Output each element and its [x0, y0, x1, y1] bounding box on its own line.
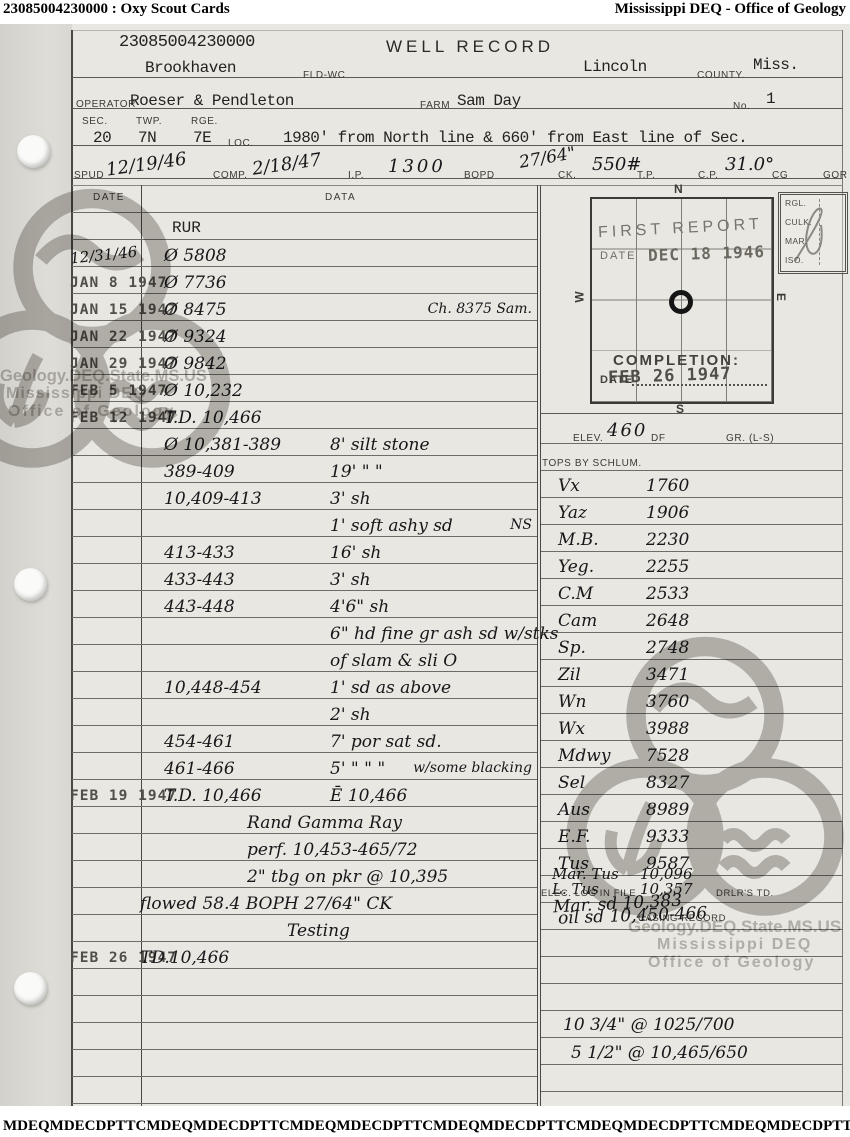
- gor-label: GOR: [823, 170, 848, 181]
- log-date-stamp: JAN 22 1947: [70, 329, 177, 345]
- log-depth-text: T.D. 10,466: [164, 408, 262, 428]
- comp-value: 2/18/47: [251, 149, 323, 179]
- cp-value: 31.0°: [725, 154, 774, 175]
- log-description-text: 1' soft ashy sd: [330, 516, 453, 536]
- log-depth-text: Ø 9842: [164, 354, 227, 374]
- log-date-handwritten: 12/31/46: [69, 243, 138, 268]
- comp-label: COMP.: [213, 170, 248, 181]
- first-report-date-label: DATE: [600, 250, 637, 262]
- formation-depth: 9333: [646, 827, 689, 847]
- footer-item: PTTC: [106, 1118, 146, 1137]
- log-row: of slam & sli O: [72, 645, 537, 672]
- tp-label: T.P.: [637, 170, 655, 181]
- county-label: COUNTY.: [697, 70, 745, 81]
- log-description-text: Rand Gamma Ray: [247, 813, 402, 833]
- footer-item: MDEQ: [433, 1118, 480, 1137]
- log-description-text: 3' sh: [330, 570, 371, 590]
- log-depth-text: flowed 58.4 BOPH 27/64" CK: [140, 894, 392, 914]
- footer-item: PTTC: [393, 1118, 433, 1137]
- log-depth-text: 433-443: [164, 570, 235, 590]
- log-depth-text: 389-409: [164, 462, 235, 482]
- tops-header: TOPS BY SCHLUM.: [542, 458, 642, 469]
- footer-item: PTTC: [536, 1118, 576, 1137]
- formation-name: Mdwy: [558, 746, 610, 766]
- compass-east-label: E: [774, 293, 788, 301]
- cp-label: C.P.: [698, 170, 719, 181]
- formation-name: Zil: [558, 665, 581, 685]
- log-depth-text: Ø 5808: [164, 246, 227, 266]
- log-row: FEB 26 1947TD.10,466: [72, 942, 537, 969]
- log-row: 12/31/46Ø 5808: [72, 240, 537, 267]
- footer-item: MDEQ: [290, 1118, 337, 1137]
- drlrs-td-label: DRLR'S TD.: [716, 888, 774, 899]
- operator-label: OPERATOR: [76, 99, 136, 110]
- rge-label: RGE.: [191, 116, 218, 127]
- log-depth-text: 443-448: [164, 597, 235, 617]
- log-date-stamp: JAN 15 1947: [70, 302, 177, 318]
- log-description-text: 2' sh: [330, 705, 371, 725]
- log-description-text: 16' sh: [330, 543, 381, 563]
- footer-item: MDECD: [50, 1118, 107, 1137]
- elev-df-label: DF: [651, 433, 666, 444]
- log-description-text: Ē 10,466: [330, 786, 407, 806]
- formation-name: Yaz: [558, 503, 587, 523]
- log-row: 2" tbg on pkr @ 10,395: [72, 861, 537, 888]
- formation-depth: 7528: [646, 746, 689, 766]
- field-name-value: Brookhaven: [145, 59, 236, 77]
- formation-top-row: Vx1760: [540, 470, 843, 497]
- loc-label: LOC.: [228, 138, 254, 149]
- formation-top-row: Wn3760: [540, 686, 843, 713]
- formation-name: Aus: [558, 800, 590, 820]
- log-row: FEB 19 1947T.D. 10,466Ē 10,466: [72, 780, 537, 807]
- log-description-text: 4'6" sh: [330, 597, 389, 617]
- log-depth-text: 413-433: [164, 543, 235, 563]
- checklist-stamp-box: RGL.CULK.MAR.ISO.: [778, 192, 848, 274]
- footer-item: MDEQ: [720, 1118, 767, 1137]
- elev-value: 460: [607, 420, 647, 441]
- log-row: 6" hd fine gr ash sd w/stks: [72, 618, 537, 645]
- log-row: perf. 10,453-465/72: [72, 834, 537, 861]
- log-description-text: 8' silt stone: [330, 435, 430, 455]
- formation-top-row: Wx3988: [540, 713, 843, 740]
- log-row: JAN 22 1947Ø 9324: [72, 321, 537, 348]
- log-row: JAN 15 1947Ø 8475Ch. 8375 Sam.: [72, 294, 537, 321]
- log-depth-text: 454-461: [164, 732, 235, 752]
- log-description-text: Testing: [287, 921, 350, 941]
- log-depth-text: 10,409-413: [164, 489, 262, 509]
- log-depth-text: 10,448-454: [164, 678, 262, 698]
- formation-top-row: Sp.2748: [540, 632, 843, 659]
- log-row: JAN 8 1947Ø 7736: [72, 267, 537, 294]
- plat-date-label: DATE: [600, 374, 633, 386]
- spud-value: 12/19/46: [105, 148, 188, 180]
- viewer-header-bar: 23085004230000 : Oxy Scout Cards Mississ…: [0, 0, 850, 24]
- formation-name: E.F.: [558, 827, 590, 847]
- log-depth-text: 461-466: [164, 759, 235, 779]
- log-typed-entry: RUR: [172, 219, 201, 237]
- log-depth-text: Ø 9324: [164, 327, 227, 347]
- state-value: Miss.: [753, 56, 799, 74]
- log-margin-note: NS: [510, 517, 532, 533]
- log-date-stamp: JAN 8 1947: [70, 275, 167, 291]
- log-row: Rand Gamma Ray: [72, 807, 537, 834]
- log-description-text: 5' " " ": [330, 759, 385, 779]
- log-row: 10,448-4541' sd as above: [72, 672, 537, 699]
- formation-top-row: Zil3471: [540, 659, 843, 686]
- log-date-stamp: FEB 5 1947: [70, 383, 167, 399]
- formation-name: C.M: [558, 584, 593, 604]
- well-no-value: 1: [766, 90, 775, 108]
- footer-item: MDECD: [336, 1118, 393, 1137]
- punch-hole: [17, 135, 50, 168]
- elev-gr-label: GR. (L-S): [726, 433, 774, 444]
- formation-depth: 3988: [646, 719, 689, 739]
- choke-value: 27/64": [518, 143, 577, 173]
- tp-value: 550#: [592, 154, 641, 175]
- footer-item: PTTC: [680, 1118, 720, 1137]
- casing-entry-production: 5 1/2" @ 10,465/650: [571, 1043, 748, 1063]
- right-panel-top-rule: [540, 413, 843, 414]
- formation-depth: 3471: [646, 665, 689, 685]
- log-row: 461-4665' " " "w/some blacking: [72, 753, 537, 780]
- log-row: RUR: [72, 213, 537, 240]
- rule-spud-line: [72, 178, 843, 179]
- log-row: 443-4484'6" sh: [72, 591, 537, 618]
- checklist-item-label: ISO.: [785, 255, 804, 265]
- formation-top-row: Mdwy7528: [540, 740, 843, 767]
- log-date-stamp: FEB 12 1947: [70, 410, 177, 426]
- log-description-text: of slam & sli O: [330, 651, 457, 671]
- checklist-item-label: RGL.: [785, 198, 806, 208]
- formation-name: Wx: [558, 719, 585, 739]
- farm-label: FARM: [420, 100, 450, 111]
- log-row: 454-4617' por sat sd.: [72, 726, 537, 753]
- formation-top-row: M.B.2230: [540, 524, 843, 551]
- checklist-item-label: CULK.: [785, 217, 812, 227]
- plat-date-dotted-line: [632, 384, 767, 386]
- log-depth-text: TD.10,466: [140, 948, 229, 968]
- first-report-date-stamp: DEC 18 1946: [648, 242, 766, 265]
- log-row: 2' sh: [72, 699, 537, 726]
- formation-depth: 2230: [646, 530, 689, 550]
- punch-hole: [14, 568, 47, 601]
- log-date-stamp: JAN 29 1947: [70, 356, 177, 372]
- compass-west-label: W: [573, 291, 587, 302]
- log-row: flowed 58.4 BOPH 27/64" CK: [72, 888, 537, 915]
- formation-top-row: Yeg.2255: [540, 551, 843, 578]
- elev-label: ELEV.: [573, 433, 603, 444]
- log-description-text: 3' sh: [330, 489, 371, 509]
- log-row: 433-4433' sh: [72, 564, 537, 591]
- footer-item: MDECD: [766, 1118, 823, 1137]
- card-top-edge: [72, 30, 843, 31]
- formation-top-row: Sel8327: [540, 767, 843, 794]
- formation-name: Wn: [558, 692, 586, 712]
- log-description-text: 7' por sat sd.: [330, 732, 442, 752]
- formation-top-row: Aus8989: [540, 794, 843, 821]
- log-depth-text: Ø 10,232: [164, 381, 243, 401]
- ip-label: I.P.: [348, 170, 364, 181]
- footer-item: MDEQ: [146, 1118, 193, 1137]
- footer-item: MDECD: [480, 1118, 537, 1137]
- footer-item: MDECD: [193, 1118, 250, 1137]
- log-margin-note: w/some blacking: [413, 760, 532, 776]
- viewer-title-right: Mississippi DEQ - Office of Geology: [615, 1, 846, 18]
- data-column-divider-a: [537, 185, 538, 1107]
- formation-top-row: C.M2533: [540, 578, 843, 605]
- ip-value: 1300: [388, 156, 446, 177]
- formation-name: Cam: [558, 611, 597, 631]
- operator-value: Roeser & Pendleton: [130, 92, 294, 110]
- ck-label: CK.: [558, 170, 576, 181]
- rule-table-top: [72, 185, 843, 186]
- sec-label: SEC.: [82, 116, 108, 127]
- log-row: 413-43316' sh: [72, 537, 537, 564]
- viewer-footer-bar: MDEQMDECDPTTCMDEQMDECDPTTCMDEQMDECDPTTCM…: [0, 1106, 850, 1137]
- formation-name: Sel: [558, 773, 585, 793]
- log-description-text: 19' " ": [330, 462, 383, 482]
- formation-depth: 1760: [646, 476, 689, 496]
- bopd-label: BOPD: [464, 170, 495, 181]
- sec-value: 20: [93, 129, 111, 147]
- formation-name: Yeg.: [558, 557, 594, 577]
- log-depth-text: Ø 10,381-389: [164, 435, 281, 455]
- formation-name: Vx: [558, 476, 580, 496]
- log-row: Testing: [72, 915, 537, 942]
- checklist-item-label: MAR.: [785, 236, 808, 246]
- log-row: 1' soft ashy sdNS: [72, 510, 537, 537]
- formation-top-row: Cam2648: [540, 605, 843, 632]
- county-value: Lincoln: [583, 58, 647, 76]
- log-description-text: perf. 10,453-465/72: [247, 840, 418, 860]
- casing-entry-surface: 10 3/4" @ 1025/700: [563, 1015, 734, 1035]
- binding-margin: [0, 22, 72, 1107]
- punch-hole: [14, 972, 47, 1005]
- formation-name: Sp.: [558, 638, 586, 658]
- formation-depth: 2533: [646, 584, 689, 604]
- farm-value: Sam Day: [457, 92, 521, 110]
- log-row: FEB 12 1947T.D. 10,466: [72, 402, 537, 429]
- formation-top-row: E.F.9333: [540, 821, 843, 848]
- formation-name: M.B.: [558, 530, 599, 550]
- well-log-entries: RUR12/31/46Ø 5808JAN 8 1947Ø 7736JAN 15 …: [72, 213, 537, 1013]
- api-number: 23085004230000: [119, 33, 255, 52]
- footer-item: MDEQ: [3, 1118, 50, 1137]
- twp-value: 7N: [138, 129, 156, 147]
- log-description-text: 2" tbg on pkr @ 10,395: [247, 867, 448, 887]
- footer-item: MDECD: [623, 1118, 680, 1137]
- footer-item: MDEQ: [576, 1118, 623, 1137]
- log-date-stamp: FEB 19 1947: [70, 788, 177, 804]
- well-no-label: No.: [733, 101, 750, 112]
- compass-north-label: N: [674, 182, 683, 196]
- data-column-header: DATA: [325, 192, 356, 203]
- log-description-text: 6" hd fine gr ash sd w/stks: [330, 624, 559, 644]
- scanned-well-record-page: { "viewer": { "title_left": "23085004230…: [0, 0, 850, 1137]
- log-row: 10,409-4133' sh: [72, 483, 537, 510]
- formation-depth: 2748: [646, 638, 689, 658]
- formation-top-row: Yaz1906: [540, 497, 843, 524]
- log-row: 389-40919' " ": [72, 456, 537, 483]
- formation-depth: 2648: [646, 611, 689, 631]
- log-description-text: 1' sd as above: [330, 678, 451, 698]
- cg-label: CG: [772, 170, 788, 181]
- log-depth-text: Ø 8475: [164, 300, 227, 320]
- date-column-header: DATE: [93, 192, 125, 203]
- loc-description: 1980' from North line & 660' from East l…: [283, 129, 747, 147]
- footer-item: PTTC: [250, 1118, 290, 1137]
- formation-depth: 8327: [646, 773, 689, 793]
- formation-depth: 8989: [646, 800, 689, 820]
- log-depth-text: T.D. 10,466: [164, 786, 262, 806]
- field-label: FLD-WC: [303, 70, 345, 81]
- log-depth-text: Ø 7736: [164, 273, 227, 293]
- formation-depth: 2255: [646, 557, 689, 577]
- footer-item: PTTC: [823, 1118, 850, 1137]
- formation-depth: 1906: [646, 503, 689, 523]
- compass-south-label: S: [676, 402, 684, 416]
- log-row: Ø 10,381-3898' silt stone: [72, 429, 537, 456]
- viewer-title-left: 23085004230000 : Oxy Scout Cards: [3, 1, 230, 18]
- log-row: FEB 5 1947Ø 10,232: [72, 375, 537, 402]
- scout-card-paper: 23085004230000 WELL RECORD Brookhaven FL…: [0, 22, 850, 1107]
- formation-depth: 3760: [646, 692, 689, 712]
- spud-label: SPUD: [74, 170, 104, 181]
- log-row: JAN 29 1947Ø 9842: [72, 348, 537, 375]
- card-title: WELL RECORD: [386, 37, 554, 57]
- well-location-marker: [669, 290, 693, 314]
- log-margin-note: Ch. 8375 Sam.: [428, 301, 532, 317]
- twp-label: TWP.: [136, 116, 162, 127]
- rge-value: 7E: [193, 129, 211, 147]
